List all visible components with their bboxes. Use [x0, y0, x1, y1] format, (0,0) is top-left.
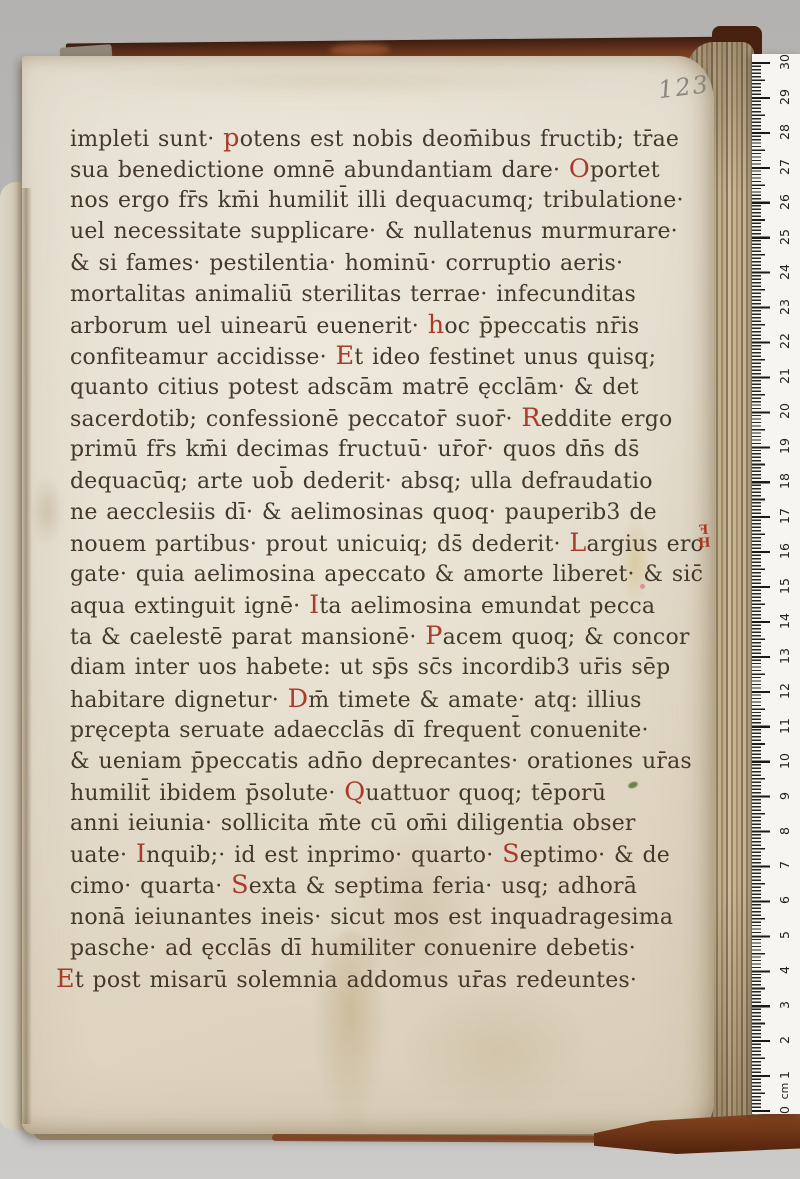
ruler-number: 17 — [776, 501, 792, 531]
rubric-initial: E — [56, 964, 75, 994]
ruler-number: 16 — [776, 536, 792, 566]
manuscript-line: arborum uel uinearū euenerit· hoc p̄pecc… — [70, 310, 690, 341]
ruler-number: 29 — [776, 82, 792, 112]
text-run: oc p̄peccatis nr̄is — [444, 314, 639, 339]
manuscript-line: diam inter uos habete: ut sp̄s sc̄s inco… — [70, 652, 690, 683]
text-run: nos ergo fr̄s km̄i humilit̄ illi dequacu… — [70, 188, 684, 213]
text-run: eddite ergo — [541, 407, 673, 432]
ruler-number: 24 — [776, 257, 792, 287]
parchment-stain — [402, 986, 592, 1116]
pink-speck — [640, 584, 645, 589]
ruler-number: 26 — [776, 187, 792, 217]
ruler-number: 2 — [776, 1025, 792, 1055]
text-run: cimo· quarta· — [70, 874, 231, 899]
manuscript-line: nouem partibus· prout unicuiq; ds̄ deder… — [70, 528, 690, 559]
rubric-initial: I — [136, 839, 146, 869]
manuscript-line: habitare dignetur· Dm̄ timete & amate· a… — [70, 684, 690, 715]
ruler-number: 18 — [776, 466, 792, 496]
text-run: mortalitas animaliū sterilitas terrae· i… — [70, 282, 636, 307]
text-run: habitare dignetur· — [70, 688, 288, 713]
text-run: t post misarū solemnia addomus ur̄as red… — [75, 968, 637, 993]
text-run: anni ieiunia· sollicita m̄te cū om̄i dil… — [70, 811, 636, 836]
rubric-initial: L — [569, 528, 586, 558]
text-run: sua benedictione omnē abundantiam dare· — [70, 158, 569, 183]
text-run: uate· — [70, 843, 136, 868]
manuscript-line: nonā ieiunantes ineis· sicut mos est inq… — [70, 902, 690, 933]
photo-stage: 123 impleti sunt· potens est nobis deom̄… — [0, 0, 800, 1179]
manuscript-line: gate· quia aelimosina apeccato & amorte … — [70, 559, 690, 590]
rubric-initial: I — [309, 590, 319, 620]
text-run: & ueniam p̄peccatis adn̄o deprecantes· o… — [70, 749, 692, 774]
folio-number: 123 — [657, 68, 714, 104]
manuscript-line: dequacūq; arte uob̄ dederit· absq; ulla … — [70, 466, 690, 497]
ruler-number: 21 — [776, 361, 792, 391]
rubric-initial: h — [428, 310, 445, 340]
text-run: ta & caelestē parat mansionē· — [70, 625, 425, 650]
manuscript-line: humilit̄ ibidem p̄solute· Quattuor quoq;… — [70, 777, 690, 808]
quire-mark-char: H — [698, 537, 711, 551]
measuring-ruler: 0123456789101112131415161718192021222324… — [752, 54, 800, 1114]
text-run: exta & septima feria· usq; adhorā — [249, 874, 637, 899]
ruler-ticks-cm — [752, 62, 770, 1113]
manuscript-line: pręcepta seruate adaecclās dī frequent̄ … — [70, 715, 690, 746]
ruler-number: 12 — [776, 676, 792, 706]
text-run: dequacūq; arte uob̄ dederit· absq; ulla … — [70, 469, 653, 494]
text-run: humilit̄ ibidem p̄solute· — [70, 781, 344, 806]
text-block: impleti sunt· potens est nobis deom̄ibus… — [70, 123, 690, 995]
manuscript-line: mortalitas animaliū sterilitas terrae· i… — [70, 279, 690, 310]
manuscript-line: pasche· ad ęcclās dī humiliter conuenire… — [70, 933, 690, 964]
ruler-number: 9 — [776, 781, 792, 811]
text-run: acem quoq; & concor — [443, 625, 690, 650]
text-run: uel necessitate supplicare· & nullatenus… — [70, 219, 678, 244]
manuscript-line: uel necessitate supplicare· & nullatenus… — [70, 216, 690, 247]
text-run: nouem partibus· prout unicuiq; ds̄ deder… — [70, 532, 569, 557]
rubric-initial: p — [223, 123, 240, 153]
manuscript-line: sacerdotib; confessionē peccator̄ suor̄·… — [70, 403, 690, 434]
text-run: quanto citius potest adscām matrē ęcclām… — [70, 375, 639, 400]
ruler-unit-label: cm — [776, 1076, 792, 1106]
gutter-crease-shadow — [20, 188, 32, 1124]
rubric-initial: Q — [344, 777, 365, 807]
text-run: & si fames· pestilentia· hominū· corrupt… — [70, 251, 623, 276]
ruler-number: 14 — [776, 606, 792, 636]
text-run: portet — [590, 158, 660, 183]
text-run: m̄ timete & amate· atq: illius — [308, 688, 641, 713]
text-run: nquib;· id est inprimo· quarto· — [146, 843, 502, 868]
binding-line-bottom — [272, 1134, 648, 1143]
rubric-initial: D — [288, 684, 309, 714]
text-run: pasche· ad ęcclās dī humiliter conuenire… — [70, 936, 636, 961]
ruler-number: 13 — [776, 641, 792, 671]
text-run: ne aecclesiis dī· & aelimosinas quoq· pa… — [70, 500, 657, 525]
manuscript-line: ta & caelestē parat mansionē· Pacem quoq… — [70, 621, 690, 652]
manuscript-line: aqua extinguit ignē· Ita aelimosina emun… — [70, 590, 690, 621]
manuscript-line: uate· Inquib;· id est inprimo· quarto· S… — [70, 839, 690, 870]
ruler-number: 6 — [776, 885, 792, 915]
manuscript-line: primū fr̄s km̄i decimas fructuū· ur̄or̄·… — [70, 434, 690, 465]
ruler-number: 15 — [776, 571, 792, 601]
manuscript-line: & si fames· pestilentia· hominū· corrupt… — [70, 248, 690, 279]
manuscript-line: quanto citius potest adscām matrē ęcclām… — [70, 372, 690, 403]
manuscript-line: nos ergo fr̄s km̄i humilit̄ illi dequacu… — [70, 185, 690, 216]
text-run: confiteamur accidisse· — [70, 345, 336, 370]
rubric-initial: P — [425, 621, 442, 651]
ruler-number: 20 — [776, 396, 792, 426]
text-run: t ideo festinet unus quisq; — [354, 345, 656, 370]
ruler-number: 30 — [776, 47, 792, 77]
text-run: diam inter uos habete: ut sp̄s sc̄s inco… — [70, 655, 670, 680]
manuscript-line: confiteamur accidisse· Et ideo festinet … — [70, 341, 690, 372]
text-run: primū fr̄s km̄i decimas fructuū· ur̄or̄·… — [70, 437, 640, 462]
manuscript-line: Et post misarū solemnia addomus ur̄as re… — [56, 964, 676, 995]
ruler-number: 28 — [776, 117, 792, 147]
text-run: pręcepta seruate adaecclās dī frequent̄ … — [70, 718, 649, 743]
text-run: arborum uel uinearū euenerit· — [70, 314, 428, 339]
manuscript-line: anni ieiunia· sollicita m̄te cū om̄i dil… — [70, 808, 690, 839]
text-run: eptimo· & de — [520, 843, 670, 868]
text-run: nonā ieiunantes ineis· sicut mos est inq… — [70, 905, 673, 930]
text-run: gate· quia aelimosina apeccato & amorte … — [70, 562, 703, 587]
ruler-number: 3 — [776, 990, 792, 1020]
text-run: impleti sunt· — [70, 127, 223, 152]
margin-quire-mark: FH — [697, 524, 711, 551]
text-run: sacerdotib; confessionē peccator̄ suor̄· — [70, 407, 521, 432]
parchment-stain — [30, 476, 64, 546]
manuscript-page: 123 impleti sunt· potens est nobis deom̄… — [22, 56, 714, 1134]
rubric-initial: O — [569, 154, 590, 184]
rubric-initial: S — [231, 870, 249, 900]
ruler-number: 4 — [776, 955, 792, 985]
text-run: otens est nobis deom̄ibus fructib; tr̄ae — [240, 127, 679, 152]
rubric-initial: S — [502, 839, 520, 869]
text-run: argius ero — [587, 532, 705, 557]
ruler-number: 27 — [776, 152, 792, 182]
manuscript-line: ne aecclesiis dī· & aelimosinas quoq· pa… — [70, 497, 690, 528]
ruler-number: 10 — [776, 746, 792, 776]
ruler-number: 7 — [776, 850, 792, 880]
manuscript-line: impleti sunt· potens est nobis deom̄ibus… — [70, 123, 690, 154]
rubric-initial: R — [521, 403, 540, 433]
manuscript-line: cimo· quarta· Sexta & septima feria· usq… — [70, 870, 690, 901]
ruler-number: 25 — [776, 222, 792, 252]
text-run: ta aelimosina emundat pecca — [319, 594, 655, 619]
ruler-number: 23 — [776, 292, 792, 322]
manuscript-line: & ueniam p̄peccatis adn̄o deprecantes· o… — [70, 746, 690, 777]
rubric-initial: E — [336, 341, 355, 371]
parchment-stain — [82, 64, 602, 98]
text-run: uattuor quoq; tēporū — [365, 781, 606, 806]
manuscript-line: sua benedictione omnē abundantiam dare· … — [70, 154, 690, 185]
ruler-number: 22 — [776, 326, 792, 356]
text-run: aqua extinguit ignē· — [70, 594, 309, 619]
ruler-number: 8 — [776, 816, 792, 846]
ruler-number: 11 — [776, 711, 792, 741]
ruler-number: 19 — [776, 431, 792, 461]
ruler-number: 5 — [776, 920, 792, 950]
